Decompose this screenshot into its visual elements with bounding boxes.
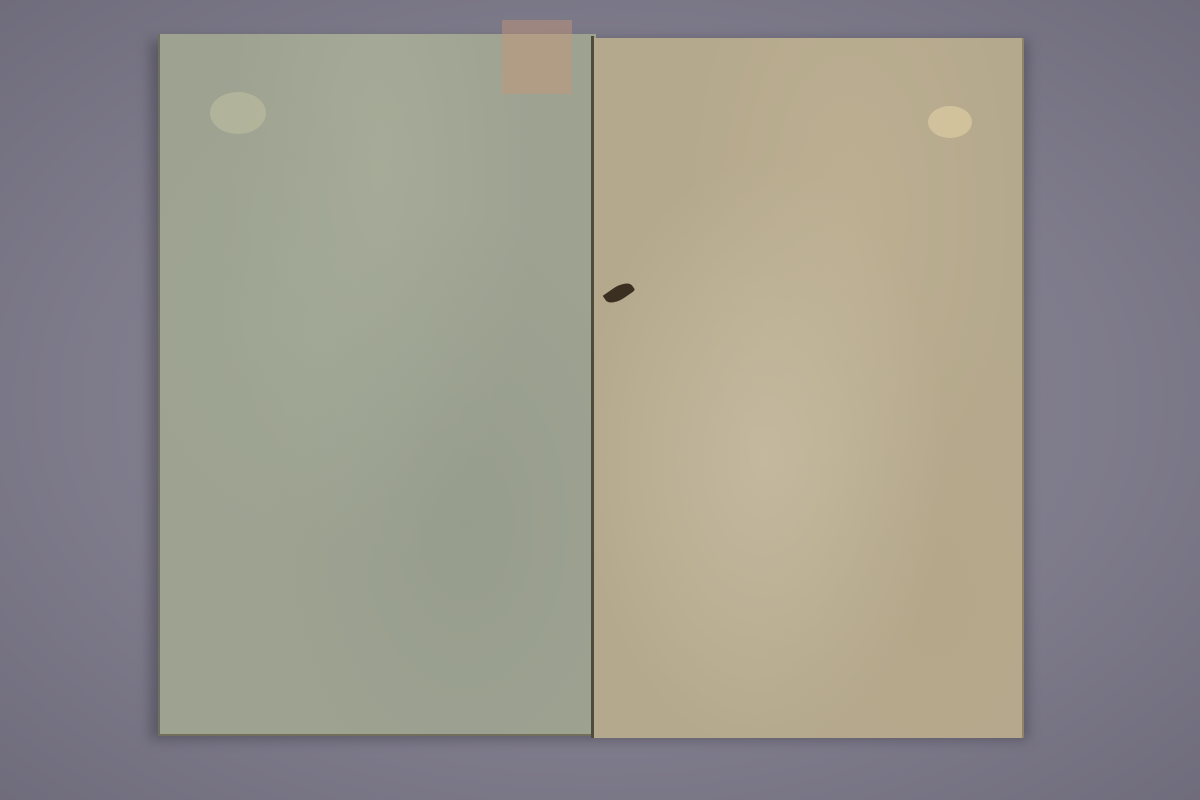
- stain-left: [210, 92, 266, 134]
- stain-right: [928, 106, 972, 138]
- right-page: [592, 38, 1024, 738]
- left-page: [158, 34, 596, 736]
- tape-mark: [502, 20, 572, 94]
- book-spine: [591, 36, 594, 738]
